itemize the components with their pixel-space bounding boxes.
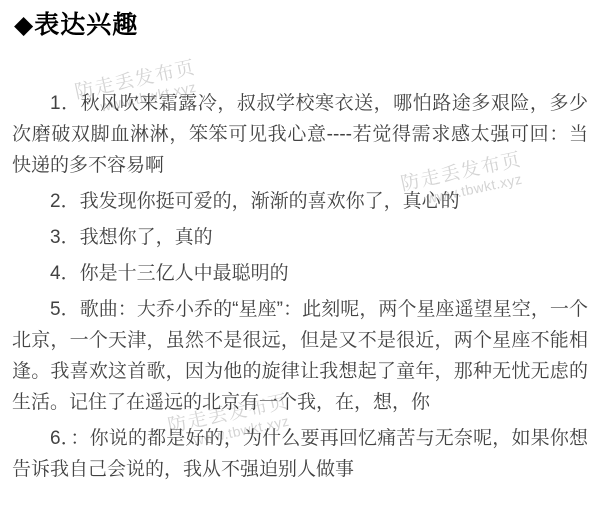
paragraph-2: 2．我发现你挺可爱的，渐渐的喜欢你了，真心的 [12,186,588,217]
document-body: 1．秋风吹来霜露冷，叔叔学校寒衣送，哪怕路途多艰险，多少次磨破双脚血淋淋，笨笨可… [12,88,588,485]
document-page: 防走丢发布页 www.tbwkt.xyz 防走丢发布页 www.tbwkt.xy… [0,0,600,507]
page-title: ◆表达兴趣 [14,10,600,40]
paragraph-3: 3．我想你了，真的 [12,222,588,253]
paragraph-1: 1．秋风吹来霜露冷，叔叔学校寒衣送，哪怕路途多艰险，多少次磨破双脚血淋淋，笨笨可… [12,88,588,181]
paragraph-5: 5．歌曲：大乔小乔的“星座”：此刻呢，两个星座遥望星空，一个北京，一个天津，虽然… [12,294,588,418]
paragraph-6: 6．：你说的都是好的，为什么要再回忆痛苦与无奈呢，如果你想告诉我自己会说的，我从… [12,423,588,485]
paragraph-4: 4．你是十三亿人中最聪明的 [12,258,588,289]
